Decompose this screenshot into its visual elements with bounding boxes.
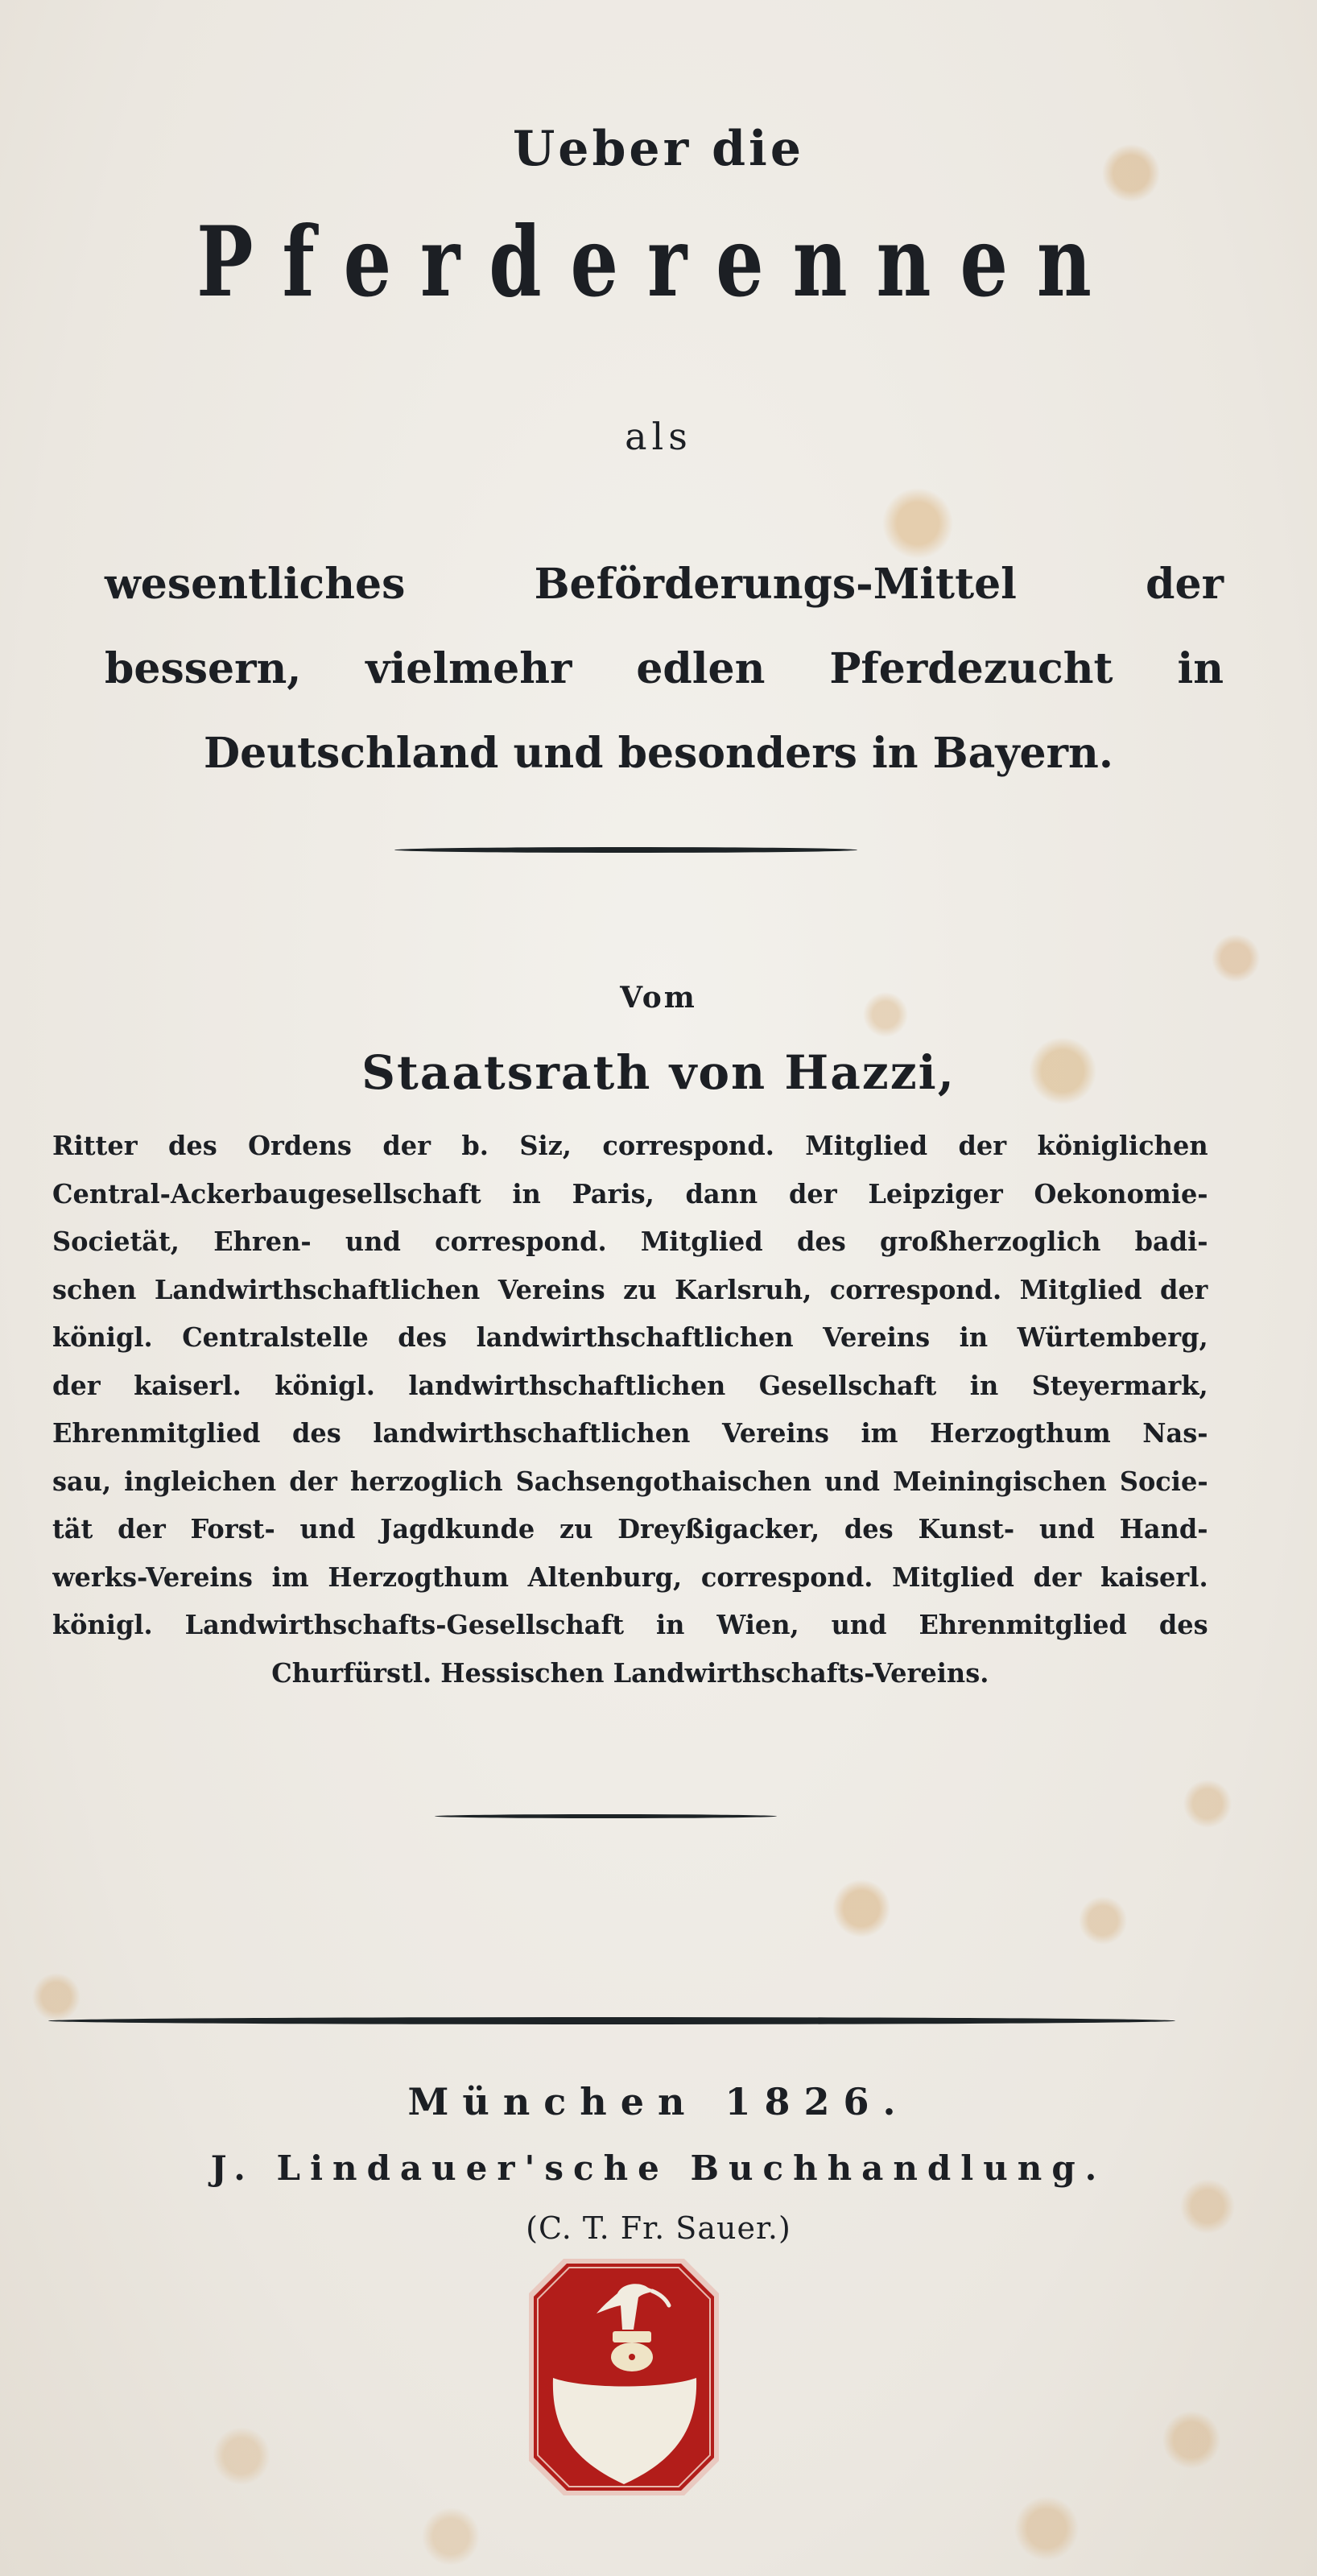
subtitle-line-2: bessern, vielmehr edlen Pferdezucht in [105,644,1224,693]
divider-rule-middle [435,1814,777,1818]
credentials-line: Ritter des Ordens der b. Siz, correspond… [52,1122,1208,1170]
subtitle-line-3: Deutschland und besonders in Bayern. [0,729,1317,778]
credentials-line: königl. Landwirthschafts-Gesellschaft in… [52,1601,1208,1649]
credentials-line: werks-Vereins im Herzogthum Altenburg, c… [52,1553,1208,1602]
credentials-line: schen Landwirthschaftlichen Vereins zu K… [52,1266,1208,1314]
credentials-line: königl. Centralstelle des landwirthschaf… [52,1313,1208,1362]
subtitle-line-1: wesentliches Beförderungs-Mittel der [105,560,1224,609]
credentials-line: der kaiserl. königl. landwirthschaftlich… [52,1362,1208,1410]
title-line-ueber-die: Ueber die [0,121,1317,177]
imprint-proprietor: (C. T. Fr. Sauer.) [0,2210,1317,2246]
credentials-line: Churfürstl. Hessischen Landwirthschafts-… [52,1649,1208,1697]
credentials-line: Societät, Ehren- und correspond. Mitglie… [52,1218,1208,1266]
credentials-line: sau, ingleichen der herzoglich Sachsengo… [52,1458,1208,1506]
title-line-als: als [0,415,1317,458]
divider-rule-top [394,847,857,853]
title-page: Ueber die Pferderennen als wesentliches … [0,0,1317,2576]
imprint-publisher: J. Lindauer'sche Buchhandlung. [0,2148,1317,2188]
title-main-pferderennen: Pferderennen [145,205,1172,319]
imprint-place-year: München 1826. [0,2080,1317,2123]
author-name: Staatsrath von Hazzi, [0,1045,1317,1100]
credentials-line: Ehrenmitglied des landwirthschaftlichen … [52,1409,1208,1458]
coat-of-arms-icon [527,2257,720,2497]
credentials-line: tät der Forst- und Jagdkunde zu Dreyßiga… [52,1505,1208,1553]
author-credentials: Ritter des Ordens der b. Siz, correspond… [52,1122,1208,1697]
credentials-line: Central-Ackerbaugesellschaft in Paris, d… [52,1170,1208,1218]
byline-prefix: Vom [0,981,1317,1015]
divider-rule-imprint [48,2017,1175,2024]
